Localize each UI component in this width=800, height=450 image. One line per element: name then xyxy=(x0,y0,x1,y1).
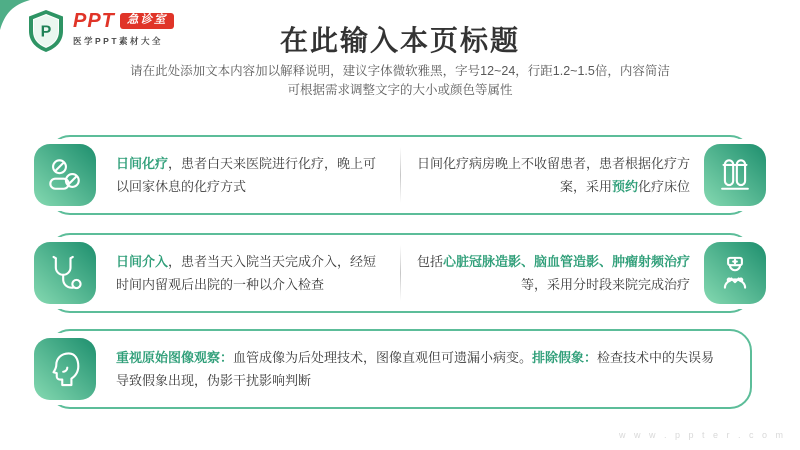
card2-right-post: 等，采用分时段来院完成治疗 xyxy=(521,277,690,292)
card2-left-highlight: 日间介入 xyxy=(116,254,168,269)
card-image-review: 重视原始图像观察：血管成像为后处理技术，图像直观但可遗漏小病变。排除假象：检查技… xyxy=(34,329,766,409)
card3-highlight-1: 重视原始图像观察： xyxy=(116,350,233,365)
subtitle-line-2: 可根据需求调整文字的大小或颜色等属性 xyxy=(287,83,512,97)
card3-highlight-2: 排除假象： xyxy=(532,350,597,365)
card-day-chemo: 日间化疗，患者白天来医院进行化疗，晚上可以回家休息的化疗方式 日间化疗病房晚上不… xyxy=(34,135,766,215)
doctor-icon xyxy=(704,242,766,304)
page-title: 在此输入本页标题 xyxy=(0,24,800,58)
card1-left-text: 日间化疗，患者白天来医院进行化疗，晚上可以回家休息的化疗方式 xyxy=(116,135,388,215)
card1-right-highlight: 预约 xyxy=(612,179,638,194)
pills-icon xyxy=(34,144,96,206)
card1-right-post: 化疗床位 xyxy=(638,179,690,194)
card3-body-1: 血管成像为后处理技术，图像直观但可遗漏小病变。 xyxy=(233,350,532,365)
head-profile-icon xyxy=(34,338,96,400)
card-day-intervention: 日间介入，患者当天入院当天完成介入，经短时间内留观后出院的一种以介入检查 包括心… xyxy=(34,233,766,313)
card2-left-text: 日间介入，患者当天入院当天完成介入，经短时间内留观后出院的一种以介入检查 xyxy=(116,233,388,313)
card2-right-pre: 包括 xyxy=(417,254,443,269)
card2-right-text: 包括心脏冠脉造影、脑血管造影、肿瘤射频治疗等，采用分时段来院完成治疗 xyxy=(414,233,690,313)
watermark: w w w . p p t e r . c o m xyxy=(619,430,786,440)
stethoscope-icon xyxy=(34,242,96,304)
page-subtitle: 请在此处添加文本内容加以解释说明，建议字体微软雅黑，字号12~24，行距1.2~… xyxy=(60,62,740,100)
card1-left-highlight: 日间化疗 xyxy=(116,156,168,171)
test-tubes-icon xyxy=(704,144,766,206)
slide: P PPT 急诊室 医学PPT素材大全 在此输入本页标题 请在此处添加文本内容加… xyxy=(0,0,800,450)
card2-right-highlight: 心脏冠脉造影、脑血管造影、肿瘤射频治疗 xyxy=(443,254,690,269)
card-divider xyxy=(400,147,401,203)
subtitle-line-1: 请在此处添加文本内容加以解释说明，建议字体微软雅黑，字号12~24，行距1.2~… xyxy=(130,64,670,78)
card1-right-text: 日间化疗病房晚上不收留患者，患者根据化疗方案，采用预约化疗床位 xyxy=(414,135,690,215)
card3-text: 重视原始图像观察：血管成像为后处理技术，图像直观但可遗漏小病变。排除假象：检查技… xyxy=(116,329,722,409)
card-divider xyxy=(400,245,401,301)
